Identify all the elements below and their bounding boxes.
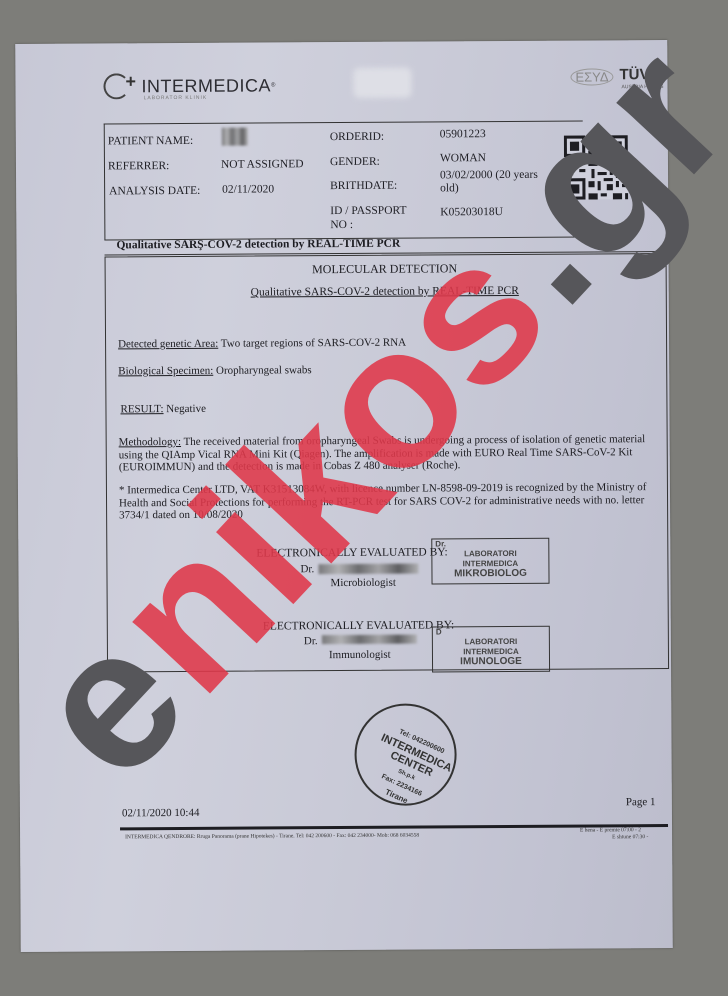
gender-value: WOMAN <box>440 152 486 164</box>
redacted-area <box>353 68 411 98</box>
logo-subtitle: LABORATOR KLINIK <box>144 95 208 101</box>
eval-2-heading: ELECTRONICALLY EVALUATED BY: <box>263 619 454 632</box>
eval-2-name-redacted <box>322 635 417 645</box>
eval-2-role: Immunologist <box>329 649 391 661</box>
licence-note: * Intermedica Center LTD, VAT K31513084W… <box>119 481 659 522</box>
methodology-paragraph: Methodology: The received material from … <box>119 433 659 474</box>
tuv-subtitle: AUSTRIA HELLAS <box>621 84 663 90</box>
logo-mark-icon <box>103 73 129 99</box>
footer-hours-2: E shtune 07:30 - <box>612 834 648 840</box>
microbiologist-stamp: Dr. LABORATORI INTERMEDICA MIKROBIOLOG <box>431 538 549 585</box>
specimen-label: Biological Specimen: <box>118 365 213 378</box>
section-title: Qualitative SARŞ-COV-2 detection by REAL… <box>104 234 664 255</box>
orderid-label: ORDERID: <box>330 131 384 143</box>
analysis-date-label: ANALYSIS DATE: <box>109 185 200 198</box>
genetic-area-label: Detected genetic Area: <box>118 338 218 351</box>
eval-2-prefix: Dr. <box>304 635 318 647</box>
referrer-label: REFERRER: <box>108 160 169 172</box>
patient-name-redacted <box>222 128 248 146</box>
birthdate-value: 03/02/2000 (20 years old) <box>440 169 550 196</box>
referrer-value: NOT ASSIGNED <box>221 158 304 171</box>
result-label: RESULT: <box>120 403 163 415</box>
birthdate-label: BRITHDATE: <box>330 180 397 192</box>
genetic-area-row: Detected genetic Area: Two target region… <box>118 337 406 351</box>
lab-report-paper: INTERMEDICA® LABORATOR KLINIK ΕΣΥΔ TÜV A… <box>15 40 673 952</box>
footer-hours-1: E hena - E premte 07:00 - 2 <box>580 827 641 833</box>
immunologist-stamp: D LABORATORI INTERMEDICA IMUNOLOGE <box>432 626 550 673</box>
methodology-label: Methodology: <box>119 436 181 448</box>
result-row: RESULT: Negative <box>120 403 206 416</box>
footer-address: INTERMEDICA QENDRORE: Rruga Panorama (pr… <box>125 833 419 841</box>
genetic-area-value: Two target regions of SARS-COV-2 RNA <box>218 337 406 350</box>
specimen-value: Oropharyngeal swabs <box>213 364 311 377</box>
qr-code-icon <box>564 130 628 204</box>
methodology-value: The received material from oropharyngeal… <box>119 433 646 473</box>
eval-1-name-redacted <box>318 564 418 575</box>
orderid-value: 05901223 <box>440 128 486 140</box>
esyd-accreditation-logo: ΕΣΥΔ <box>570 68 613 85</box>
eval-1-heading: ELECTRONICALLY EVALUATED BY: <box>256 546 447 559</box>
id-passport-value: K05203018U <box>440 206 503 218</box>
specimen-row: Biological Specimen: Oropharyngeal swabs <box>118 364 311 377</box>
laboratory-round-stamp: Tel: 042200600 INTERMEDICA CENTER Sh.p.k… <box>354 703 457 806</box>
id-passport-label: ID / PASSPORT <box>330 205 406 217</box>
id-passport-label-2: NO : <box>330 219 353 231</box>
gender-label: GENDER: <box>330 156 380 168</box>
tuv-logo: TÜV <box>619 66 649 83</box>
result-value: Negative <box>163 403 206 415</box>
patient-name-label: PATIENT NAME: <box>108 135 193 148</box>
analysis-date-value: 02/11/2020 <box>222 183 274 195</box>
print-timestamp: 02/11/2020 10:44 <box>122 807 200 819</box>
eval-1-role: Microbiologist <box>330 577 395 589</box>
page-number: Page 1 <box>626 796 656 808</box>
eval-1-prefix: Dr. <box>300 563 314 575</box>
